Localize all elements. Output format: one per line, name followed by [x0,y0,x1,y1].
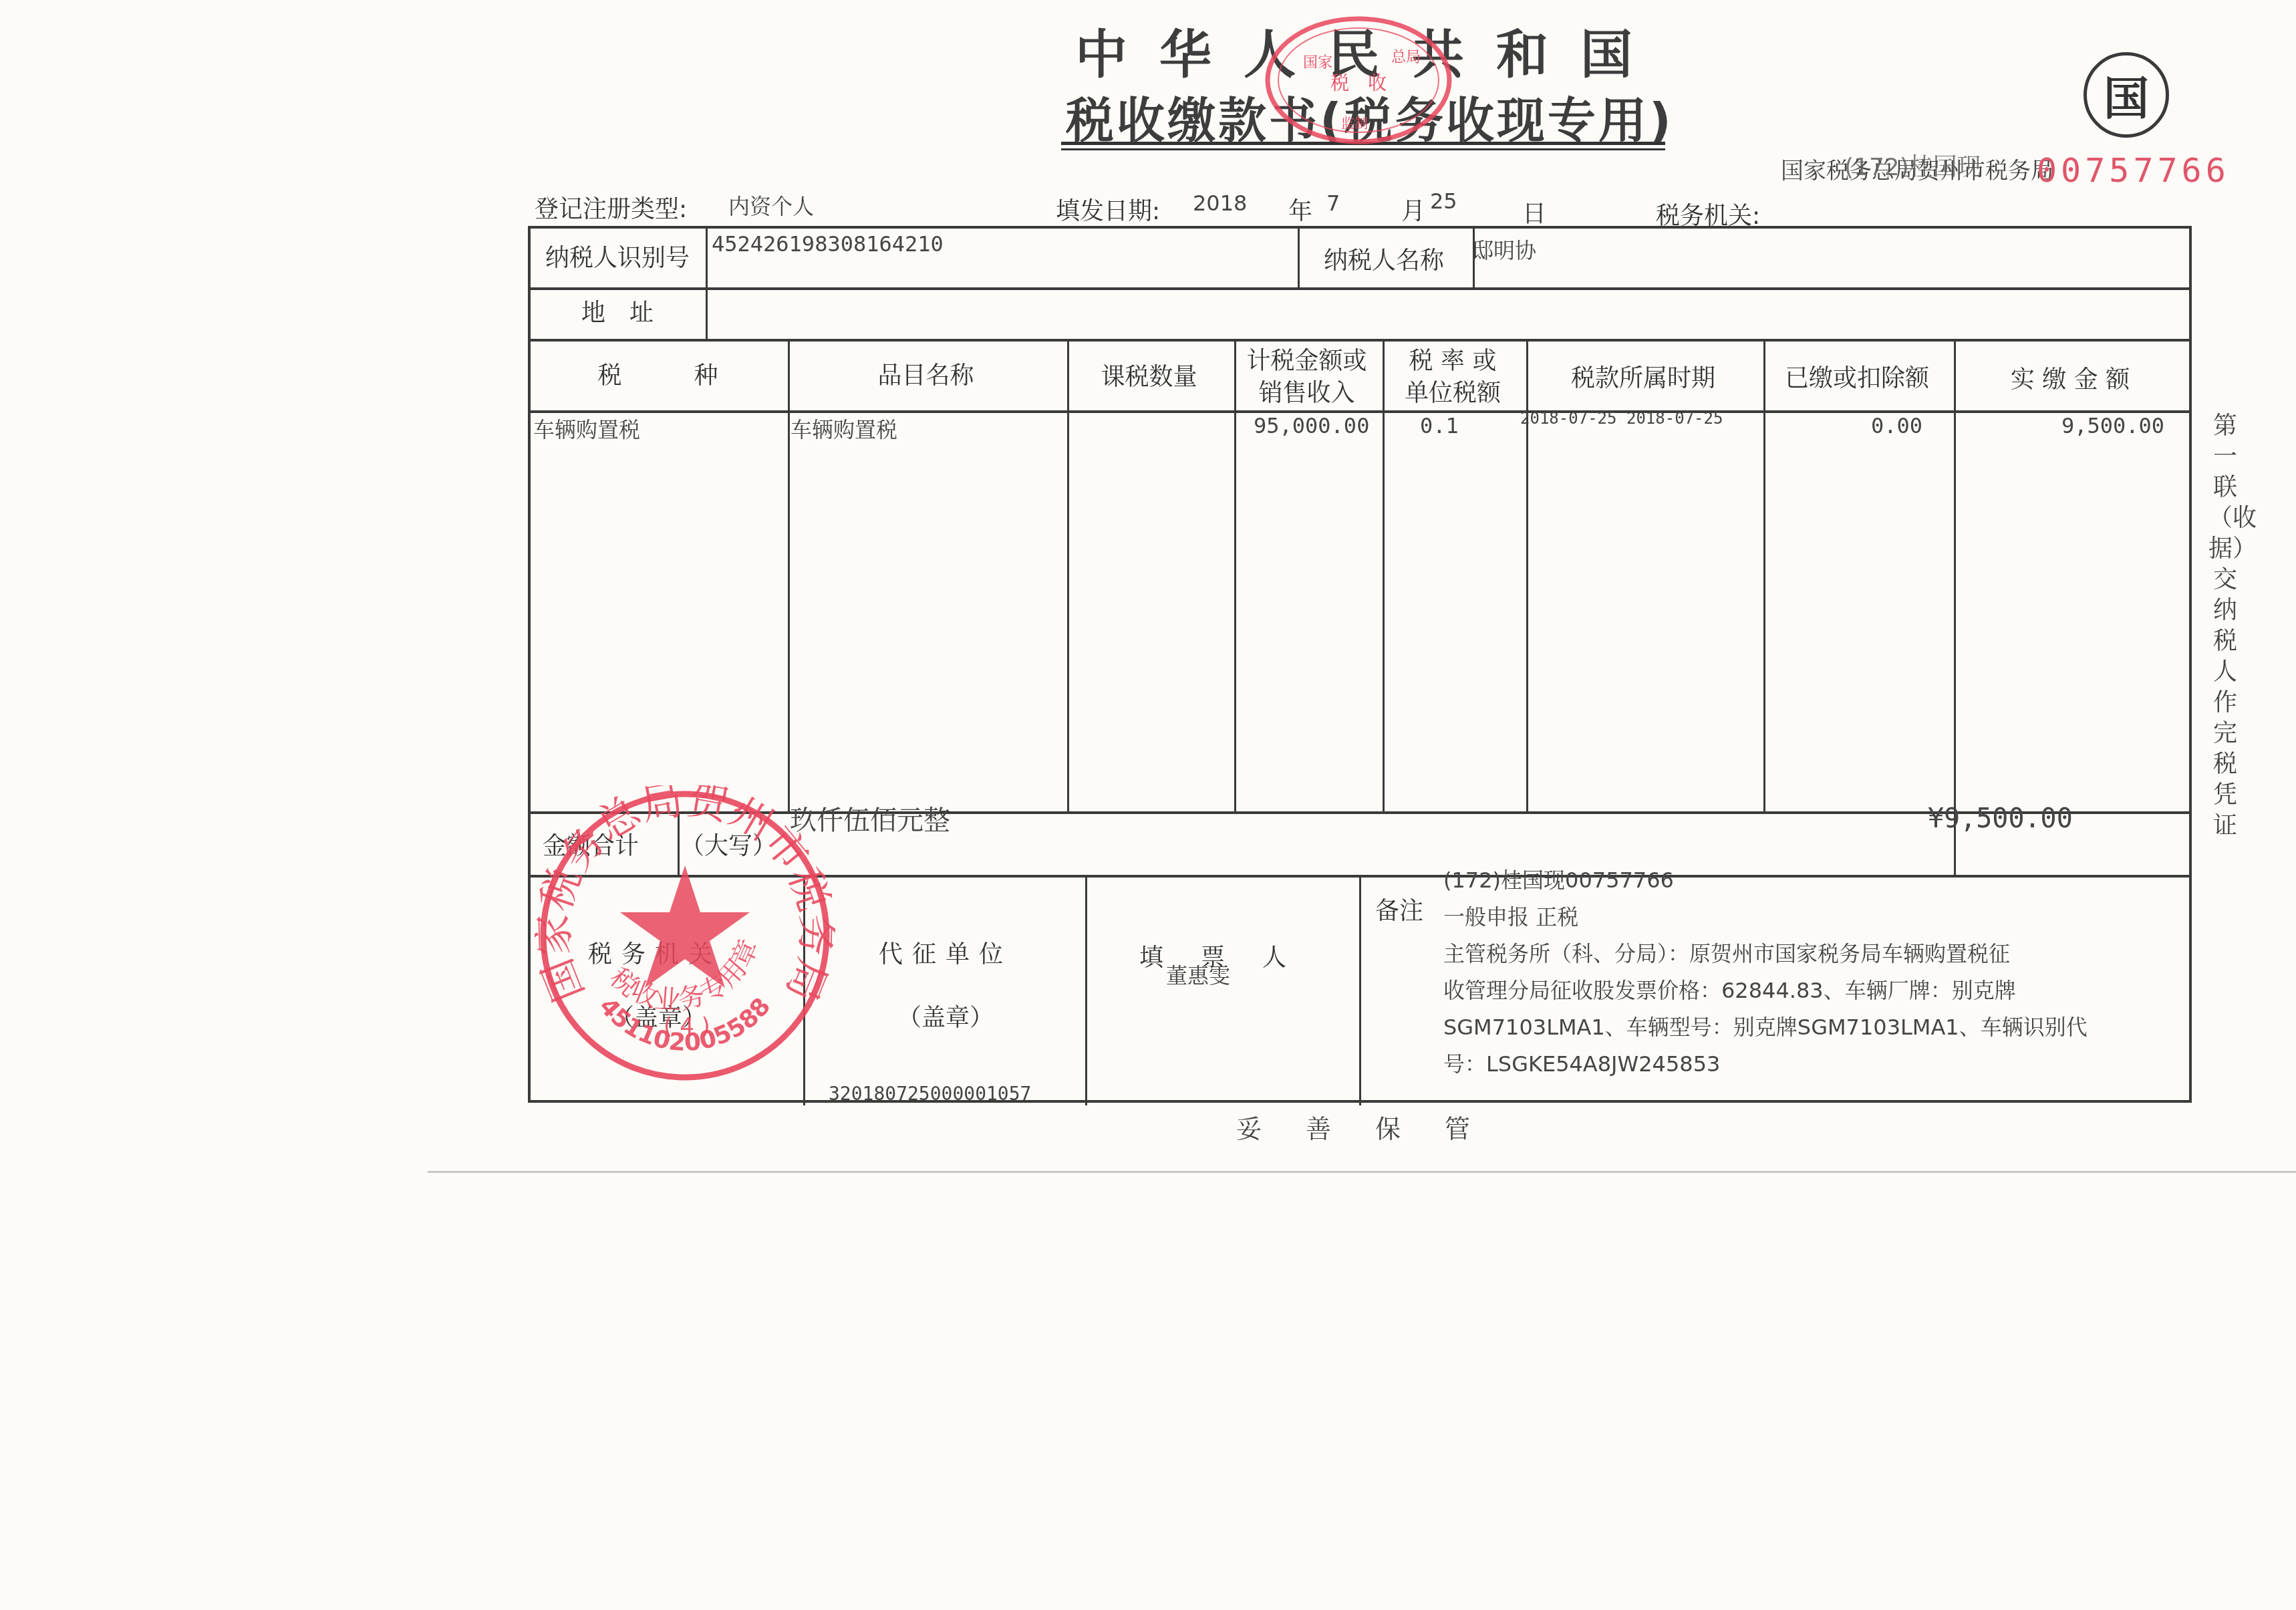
serial-prefix: (172)桂国现 [1844,148,1981,182]
title-underline [1061,148,1665,150]
fill-date-label: 填发日期: [1056,192,1160,227]
month-unit: 月 [1401,192,1425,227]
remarks-line: (172)桂国现00757766 [1443,862,2152,899]
col-header-actual-paid: 实 缴 金 额 [1953,361,2187,395]
remarks-line: 号：LSGKE54A8JW245853 [1443,1046,2152,1083]
col-header-rate-2: 单位税额 [1382,374,1524,408]
total-amount: ¥9,500.00 [1928,803,2073,834]
cell-tax-type: 车辆购置税 [533,413,640,444]
filler-name: 董惠雯 [1166,959,1230,990]
col-header-rate: 税 率 或 [1382,342,1524,376]
taxpayer-name-label: 纳税人名称 [1298,242,1470,276]
copy-note: 第一联（收据）交纳税人作完税凭证 [2208,411,2242,841]
col-header-quantity: 课税数量 [1066,358,1232,392]
day-unit: 日 [1522,195,1546,229]
official-tax-stamp: 国家税务总局贺州市税务局 税收业务专用章 ( 4 ) 451102005588 [535,785,835,1086]
stamp-center-text: 税 收 [1330,72,1387,94]
year-unit: 年 [1288,192,1312,227]
taxpayer-name-value: 邸明协 [1472,234,1536,265]
agent-code: 320180725000001057 [829,1083,1031,1105]
remarks-line: 收管理分局征收股发票价格：62844.83、车辆厂牌：别克牌 [1443,972,2152,1009]
cell-taxable-amount: 95,000.00 [1254,413,1369,438]
taxpayer-id-label: 纳税人识别号 [532,239,703,273]
svg-text:总局: 总局 [1391,49,1421,65]
remarks-content: (172)桂国现00757766 一般申报 正税 主管税务所（科、分局）：原贺州… [1443,862,2152,1083]
cell-item-name: 车辆购置税 [791,413,897,444]
fill-date-year: 2018 [1193,190,1247,216]
remarks-line: 主管税务所（科、分局）：原贺州市国家税务局车辆购置税征 [1443,936,2152,972]
col-header-paid-deducted: 已缴或扣除额 [1763,360,1951,394]
col-header-item-name: 品目名称 [787,357,1064,391]
perforation-line [428,1171,2296,1173]
registration-type-label: 登记注册类型: [535,190,687,225]
fill-date-month: 7 [1326,190,1340,216]
footer-keep-safe: 妥善保管 [1236,1108,1514,1145]
svg-text:监制: 监制 [1341,116,1368,132]
col-header-tax-type: 税 种 [531,357,785,391]
cell-paid-deducted: 0.00 [1871,413,1922,438]
address-label: 地 址 [532,294,703,328]
fill-date-day: 25 [1430,188,1457,214]
national-tax-badge: 国 [2084,52,2169,138]
serial-number: 00757766 [2037,151,2230,190]
svg-text:国家: 国家 [1303,54,1332,71]
taxpayer-id-value: 452426198308164210 [712,231,944,257]
agent-seal-note: （盖章） [862,999,1029,1033]
supervision-stamp: 税 收 国家 总局 监制 [1264,15,1453,146]
col-header-taxable-amount: 计税金额或 [1234,342,1380,376]
registration-type-value: 内资个人 [728,190,814,221]
agent-label: 代征单位 [835,936,1056,970]
remarks-line: 一般申报 正税 [1443,899,2152,936]
remarks-label: 备注 [1375,892,1423,926]
remarks-line: SGM7103LMA1、车辆型号：别克牌SGM7103LMA1、车辆识别代 [1443,1009,2152,1046]
cell-rate: 0.1 [1420,413,1459,438]
cell-actual-paid: 9,500.00 [2061,413,2164,438]
col-header-taxable-amount-2: 销售收入 [1234,374,1380,408]
cell-period: 2018-07-25 2018-07-25 [1520,409,1723,428]
col-header-period: 税款所属时期 [1526,360,1761,394]
